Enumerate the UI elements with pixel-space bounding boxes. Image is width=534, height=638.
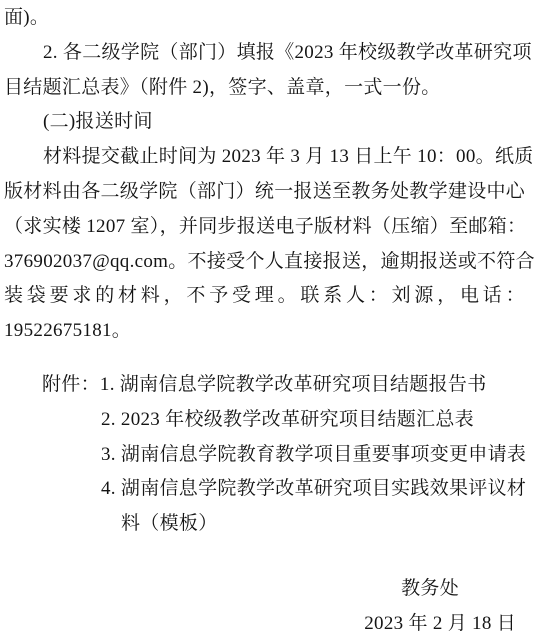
signature-org: 教务处 — [4, 572, 530, 607]
section-heading-submission-time: (二)报送时间 — [4, 105, 530, 140]
document-page: 面)。 2. 各二级学院（部门）填报《2023 年校级教学改革研究项 目结题汇总… — [0, 0, 534, 638]
attachment-item-1: 附件：1. 湖南信息学院教学改革研究项目结题报告书 — [4, 368, 530, 403]
attachment-item-4-wrap: 料（模板） — [4, 507, 530, 542]
signature-block: 教务处 2023 年 2 月 18 日 — [4, 572, 530, 638]
attachment-item-4: 4. 湖南信息学院教学改革研究项目实践效果评议材 — [4, 472, 530, 507]
signature-date: 2023 年 2 月 18 日 — [4, 607, 530, 638]
body-line-1: 面)。 — [4, 1, 530, 36]
body-line-5: 材料提交截止时间为 2023 年 3 月 13 日上午 10：00。纸质 — [4, 140, 530, 175]
attachments-section: 附件：1. 湖南信息学院教学改革研究项目结题报告书 2. 2023 年校级教学改… — [4, 368, 530, 542]
body-line-contact: 装袋要求的材料，不予受理。联系人：刘源，电话： — [4, 279, 530, 314]
blank-gap — [4, 349, 530, 368]
body-line-7: （求实楼 1207 室），并同步报送电子版材料（压缩）至邮箱： — [4, 210, 530, 245]
body-line-2: 2. 各二级学院（部门）填报《2023 年校级教学改革研究项 — [4, 36, 530, 71]
attachment-item-2: 2. 2023 年校级教学改革研究项目结题汇总表 — [4, 403, 530, 438]
body-line-3: 目结题汇总表》（附件 2)，签字、盖章，一式一份。 — [4, 71, 530, 106]
body-line-email: 376902037@qq.com。不接受个人直接报送，逾期报送或不符合 — [4, 245, 530, 280]
body-line-6: 版材料由各二级学院（部门）统一报送至教务处教学建设中心 — [4, 175, 530, 210]
attachment-item-3: 3. 湖南信息学院教育教学项目重要事项变更申请表 — [4, 438, 530, 473]
body-line-phone: 19522675181。 — [4, 314, 530, 349]
blank-gap — [4, 542, 530, 572]
